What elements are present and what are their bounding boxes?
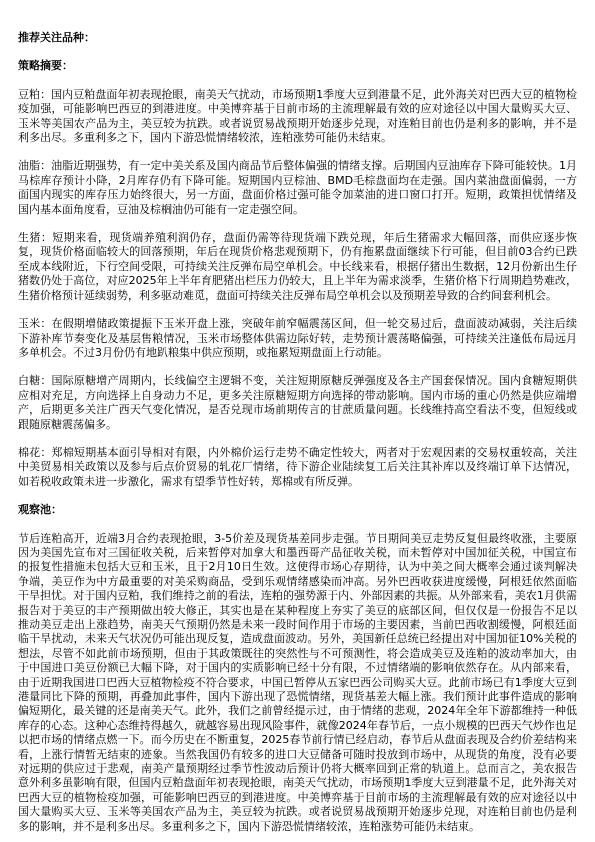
recommend-title: 推荐关注品种： bbox=[18, 31, 577, 45]
strategy-paragraph-soybean-meal: 豆粕：国内豆粕盘面年初表现抢眼，南美天气扰动，市场预期1季度大豆到港量不足，此外… bbox=[18, 88, 577, 146]
strategy-title: 策略摘要： bbox=[18, 59, 577, 73]
strategy-paragraph-corn: 玉米：在假期增储政策提振下玉米开盘上涨，突破年前窄幅震荡区间，但一轮交易过后，盘… bbox=[18, 317, 577, 360]
watchlist-title: 观察池： bbox=[18, 503, 577, 517]
strategy-paragraph-hogs: 生猪：短期来看，现货端养殖利润仍存，盘面仍需等待现货端下跌兑现，年后生猪需求大幅… bbox=[18, 231, 577, 303]
strategy-paragraph-sugar: 白糖：国际原糖增产周期内，长线偏空主逻辑不变，关注短期原糖反弹强度及各主产国套保… bbox=[18, 374, 577, 432]
strategy-paragraph-cotton: 棉花：郑棉短期基本面引导相对有限，内外棉价运行走势不确定性较大，两者对于宏观因素… bbox=[18, 446, 577, 489]
strategy-paragraph-oils: 油脂：油脂近期强势，有一定中美关系及国内商品节后整体偏强的情绪支撑。后期国内豆油… bbox=[18, 159, 577, 217]
report-page: 推荐关注品种： 策略摘要： 豆粕：国内豆粕盘面年初表现抢眼，南美天气扰动，市场预… bbox=[0, 0, 595, 842]
watchlist-paragraph-soybean-meal: 节后连粕高开，近端3月合约表现抢眼，3-5价差及现货基差同步走强。节日期间美豆走… bbox=[18, 532, 577, 835]
